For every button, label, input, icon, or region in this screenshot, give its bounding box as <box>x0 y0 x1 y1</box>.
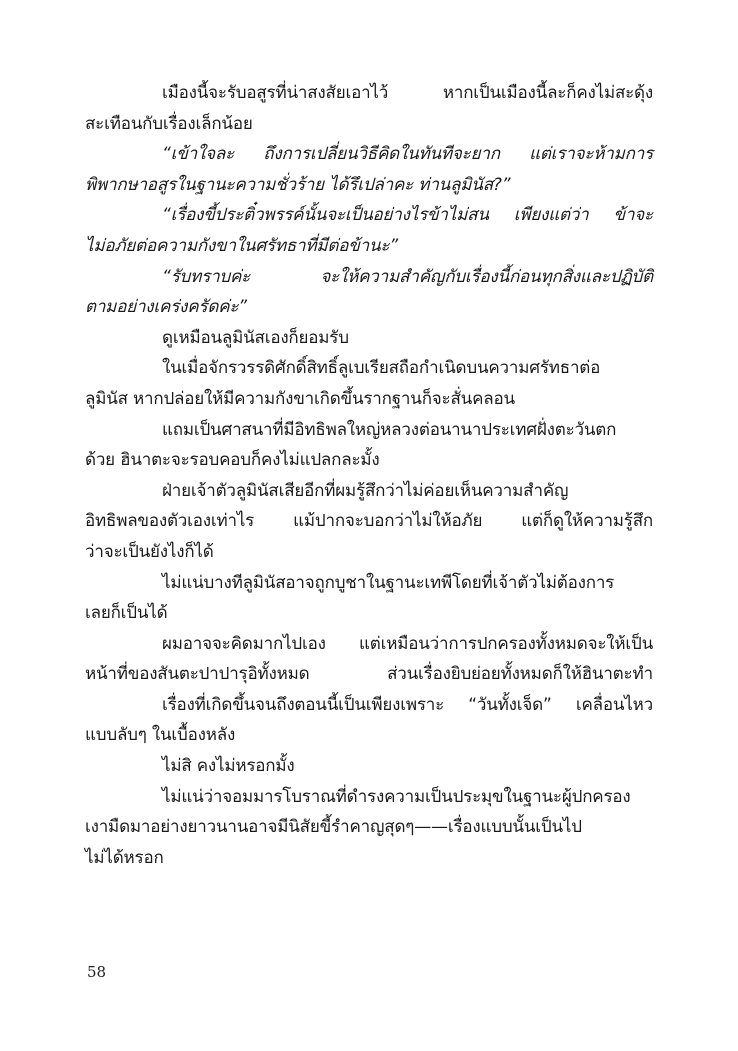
dialogue-line: พิพากษาอสูรในฐานะความชั่วร้าย ได้รึเปล่า… <box>85 170 653 201</box>
dialogue-line: “เข้าใจละ ถึงการเปลี่ยนวิธีคิดในทันทีจะย… <box>85 139 653 170</box>
dialogue-line: “รับทราบค่ะ จะให้ความสำคัญกับเรื่องนี้ก่… <box>85 262 653 293</box>
text-line: สะเทือนกับเรื่องเล็กน้อย <box>85 109 653 140</box>
text-line: ไม่สิ คงไม่หรอกมั้ง <box>85 751 653 782</box>
text-line: เลยก็เป็นได้ <box>85 598 653 629</box>
text-line: ไม่แน่บางทีลูมินัสอาจถูกบูชาในฐานะเทพีโด… <box>85 568 653 599</box>
text-line: เรื่องที่เกิดขึ้นจนถึงตอนนี้เป็นเพียงเพร… <box>85 690 653 721</box>
text-line: ดูเหมือนลูมินัสเองก็ยอมรับ <box>85 323 653 354</box>
dialogue-line: ไม่อภัยต่อความกังขาในศรัทธาที่มีต่อข้านะ… <box>85 231 653 262</box>
page-body: เมืองนี้จะรับอสูรที่น่าสงสัยเอาไว้ หากเป… <box>85 78 653 873</box>
page-number: 58 <box>87 963 106 981</box>
dialogue-line: ตามอย่างเคร่งครัดค่ะ” <box>85 292 653 323</box>
text-line: แถมเป็นศาสนาที่มีอิทธิพลใหญ่หลวงต่อนานาป… <box>85 415 653 446</box>
text-line: ลูมินัส หากปล่อยให้มีความกังขาเกิดขึ้นรา… <box>85 384 653 415</box>
text-line: ไม่ได้หรอก <box>85 843 653 874</box>
text-line: ด้วย ฮินาตะจะรอบคอบก็คงไม่แปลกละมั้ง <box>85 445 653 476</box>
text-line: หน้าที่ของสันตะปาปารุอิทั้งหมด ส่วนเรื่อ… <box>85 659 653 690</box>
dialogue-line: “เรื่องขี้ประติ๋วพรรค์นั้นจะเป็นอย่างไรข… <box>85 200 653 231</box>
text-line: ว่าจะเป็นยังไงก็ได้ <box>85 537 653 568</box>
text-line: ฝ่ายเจ้าตัวลูมินัสเสียอีกที่ผมรู้สึกว่าไ… <box>85 476 653 507</box>
text-line: แบบลับๆ ในเบื้องหลัง <box>85 720 653 751</box>
text-line: เงามืดมาอย่างยาวนานอาจมีนิสัยขี้รำคาญสุด… <box>85 812 653 843</box>
text-line: ในเมื่อจักรวรรดิศักดิ์สิทธิ์ลูเบเรียสถือ… <box>85 353 653 384</box>
text-line: ผมอาจจะคิดมากไปเอง แต่เหมือนว่าการปกครอง… <box>85 629 653 660</box>
text-line: ไม่แน่ว่าจอมมารโบราณที่ดำรงความเป็นประมุ… <box>85 782 653 813</box>
text-line: เมืองนี้จะรับอสูรที่น่าสงสัยเอาไว้ หากเป… <box>85 78 653 109</box>
text-line: อิทธิพลของตัวเองเท่าไร แม้ปากจะบอกว่าไม่… <box>85 506 653 537</box>
